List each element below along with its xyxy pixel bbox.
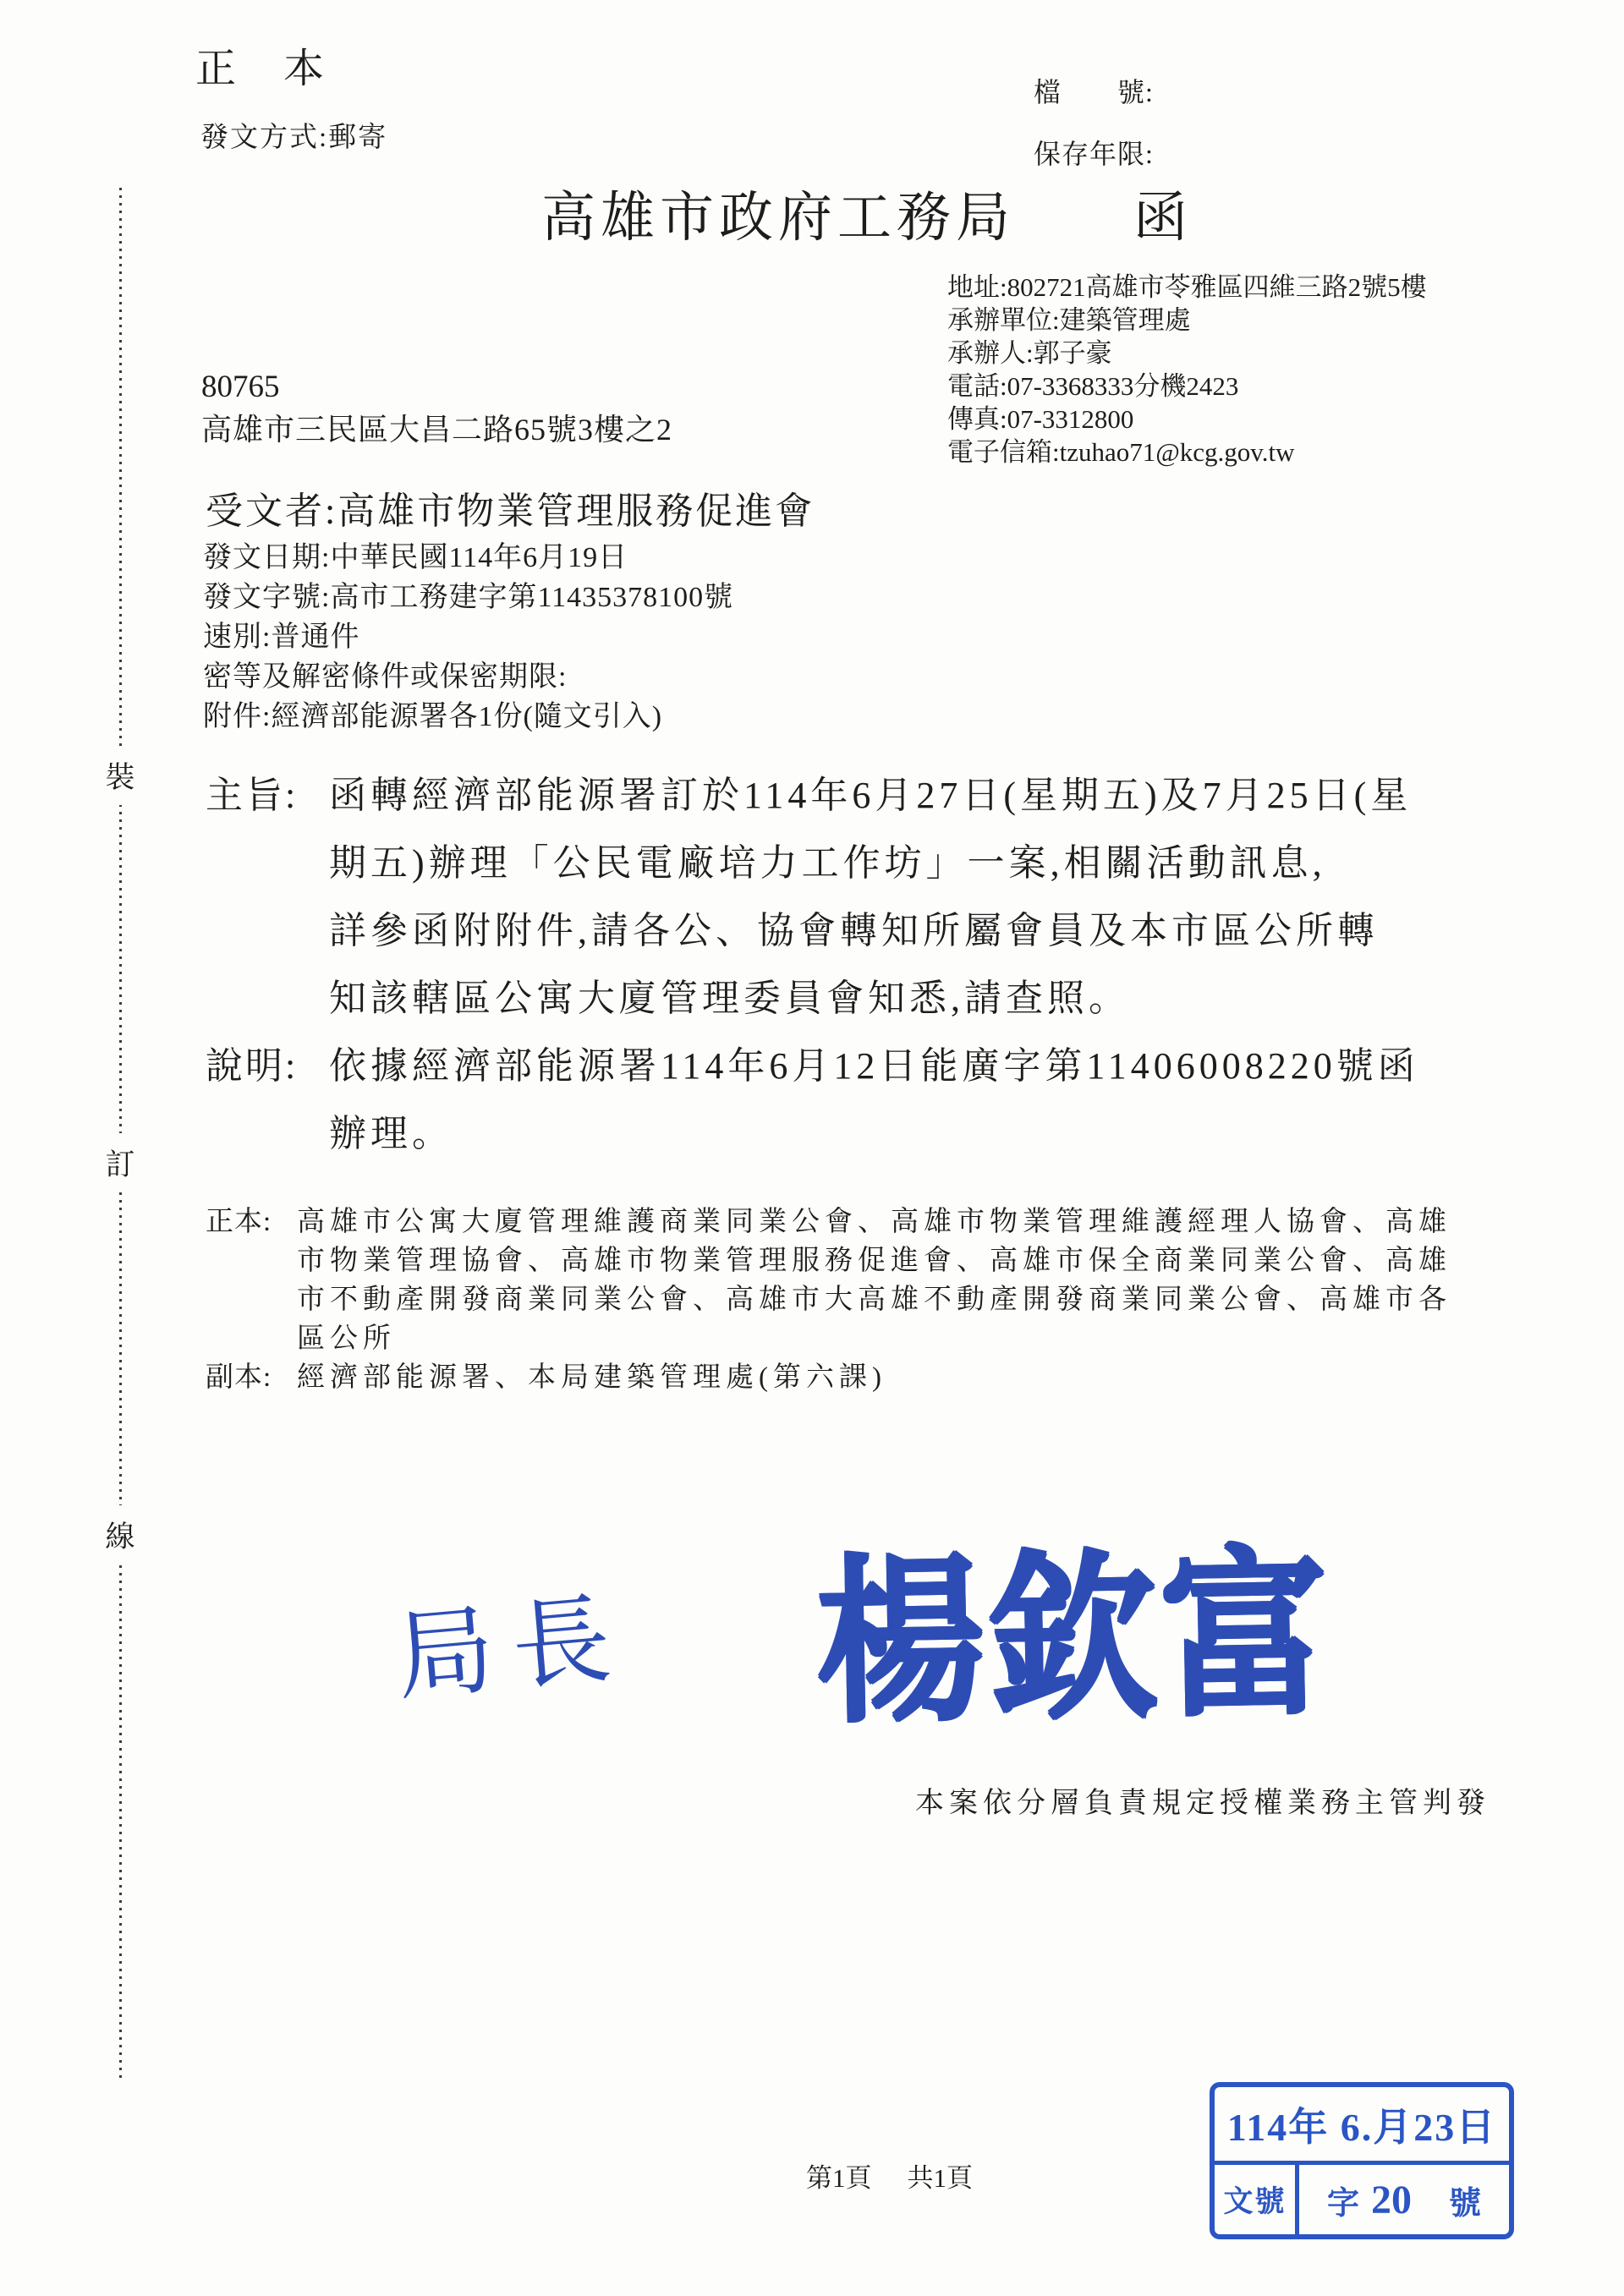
sender-address-line: 地址:802721高雄市苓雅區四維三路2號5樓 xyxy=(947,271,1427,304)
recipient-line: 受文者:高雄市物業管理服務促進會 xyxy=(206,480,815,534)
stamp-bottom-row: 文號 字 20 號 xyxy=(1215,2165,1509,2234)
subject-line: 知該轄區公寓大廈管理委員會知悉,請查照。 xyxy=(329,965,1412,1033)
meta-issue-date: 發文日期:中華民國114年6月19日 xyxy=(203,538,733,578)
sender-person-line: 承辦人:郭子豪 xyxy=(947,337,1427,370)
original-recipients-content: 高雄市公寓大廈管理維護商業同業公會、高雄市物業管理維護經理人協會、高雄 市物業管… xyxy=(297,1203,1451,1358)
footer-page-number: 第1頁 共1頁 xyxy=(806,2156,973,2195)
sender-unit-line: 承辦單位:建築管理處 xyxy=(947,304,1427,337)
document-title: 高雄市政府工務局 函 xyxy=(541,174,1193,252)
description-line: 辦理。 xyxy=(329,1100,1419,1168)
subject-line: 函轉經濟部能源署訂於114年6月27日(星期五)及7月25日(星 xyxy=(329,762,1412,830)
meta-speed-class: 速別:普通件 xyxy=(203,617,733,657)
cc-block: 副本: 經濟部能源署、本局建築管理處(第六課) xyxy=(206,1358,886,1397)
original-recipients-line: 市物業管理協會、高雄市物業管理服務促進會、高雄市保全商業同業公會、高雄 xyxy=(297,1241,1451,1280)
description-content: 依據經濟部能源署114年6月12日能廣字第11406008220號函 辦理。 xyxy=(329,1033,1419,1168)
subject-line: 期五)辦理「公民電廠培力工作坊」一案,相關活動訊息, xyxy=(329,830,1412,897)
signature-title: 局長 xyxy=(392,1590,633,1708)
original-recipients-line: 高雄市公寓大廈管理維護商業同業公會、高雄市物業管理維護經理人協會、高雄 xyxy=(297,1203,1451,1241)
stamp-value-suffix: 號 xyxy=(1449,2177,1481,2223)
binding-mark-zhuang: 裝 xyxy=(99,746,141,805)
footer-page-total: 共1頁 xyxy=(908,2156,974,2195)
subject-label: 主旨: xyxy=(206,762,298,830)
file-number-label: 檔 號: xyxy=(1034,71,1154,110)
cc-label: 副本: xyxy=(206,1358,272,1397)
binding-mark-ding: 訂 xyxy=(99,1133,141,1192)
cc-content: 經濟部能源署、本局建築管理處(第六課) xyxy=(297,1358,886,1397)
subject-content: 函轉經濟部能源署訂於114年6月27日(星期五)及7月25日(星 期五)辦理「公… xyxy=(329,762,1412,1033)
original-recipients-line: 市不動產開發商業同業公會、高雄市大高雄不動產開發商業同業公會、高雄市各 xyxy=(297,1280,1451,1319)
description-line: 依據經濟部能源署114年6月12日能廣字第11406008220號函 xyxy=(329,1033,1419,1100)
copy-type-label: 正 本 xyxy=(195,36,327,94)
document-meta-block: 發文日期:中華民國114年6月19日 發文字號:高市工務建字第114353781… xyxy=(203,538,733,737)
sender-fax-line: 傳真:07-3312800 xyxy=(947,403,1427,436)
original-recipients-label: 正本: xyxy=(206,1203,272,1241)
sender-phone-line: 電話:07-3368333分機2423 xyxy=(947,370,1427,403)
official-letter-page: 裝 訂 線 正 本 發文方式:郵寄 檔 號: 保存年限: 高雄市政府工務局 函 … xyxy=(0,0,1624,2296)
date-stamp: 114年 6.月23日 文號 字 20 號 xyxy=(1210,2082,1514,2239)
stamp-field-label: 文號 xyxy=(1215,2165,1299,2234)
sender-email-line: 電子信箱:tzuhao71@kcg.gov.tw xyxy=(947,436,1427,469)
binding-mark-xian: 線 xyxy=(99,1505,141,1564)
cc-line: 經濟部能源署、本局建築管理處(第六課) xyxy=(297,1358,886,1397)
meta-doc-number: 發文字號:高市工務建字第11435378100號 xyxy=(203,578,733,617)
recipient-address: 高雄市三民區大昌二路65號3樓之2 xyxy=(201,406,672,449)
stamp-value-prefix: 字 xyxy=(1327,2177,1359,2223)
subject-block: 主旨: 函轉經濟部能源署訂於114年6月27日(星期五)及7月25日(星 期五)… xyxy=(206,762,1412,1033)
subject-line: 詳參函附附件,請各公、協會轉知所屬會員及本市區公所轉 xyxy=(329,897,1412,965)
description-label: 說明: xyxy=(206,1033,298,1100)
original-recipients-line: 區公所 xyxy=(297,1319,1451,1358)
authorization-note: 本案依分層負責規定授權業務主管判發 xyxy=(915,1779,1490,1821)
stamp-date: 114年 6.月23日 xyxy=(1215,2087,1509,2165)
delivery-method-label: 發文方式:郵寄 xyxy=(200,115,387,155)
original-recipients-block: 正本: 高雄市公寓大廈管理維護商業同業公會、高雄市物業管理維護經理人協會、高雄 … xyxy=(206,1203,1451,1358)
sender-contact-block: 地址:802721高雄市苓雅區四維三路2號5樓 承辦單位:建築管理處 承辦人:郭… xyxy=(947,271,1427,469)
meta-attachment: 附件:經濟部能源署各1份(隨文引入) xyxy=(203,697,733,737)
description-block: 說明: 依據經濟部能源署114年6月12日能廣字第11406008220號函 辦… xyxy=(206,1033,1419,1168)
signature-name: 楊欽富 xyxy=(814,1545,1332,1734)
retention-period-label: 保存年限: xyxy=(1034,133,1154,172)
footer-page-current: 第1頁 xyxy=(806,2156,872,2195)
recipient-zip: 80765 xyxy=(201,369,280,405)
stamp-value-number: 20 xyxy=(1371,2177,1412,2223)
stamp-value: 字 20 號 xyxy=(1299,2165,1509,2234)
meta-security-class: 密等及解密條件或保密期限: xyxy=(203,657,733,697)
